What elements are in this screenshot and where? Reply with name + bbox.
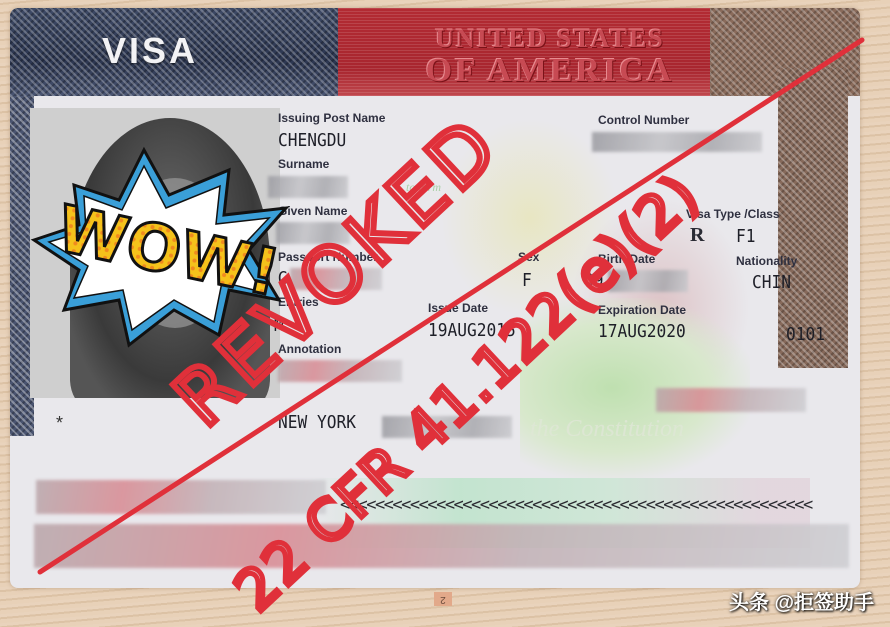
page-number: 2 <box>434 592 452 606</box>
country-title-line1: UNITED STATES <box>360 26 740 52</box>
annotation-redacted <box>278 360 402 382</box>
sex-label: Sex <box>518 250 539 264</box>
birth-date-redacted <box>608 270 688 292</box>
mrz-line1-redacted <box>36 480 326 514</box>
mrz-chevrons: <<<<<<<<<<<<<<<<<<<<<<<<<<<<<<<<<<<<<<<<… <box>340 495 812 515</box>
visa-class-value: F1 <box>736 226 756 247</box>
mrz-line2-redacted <box>34 524 849 568</box>
control-number-label: Control Number <box>598 113 689 127</box>
asterisk-mark: * <box>56 413 63 434</box>
code-value: 0101 <box>786 324 825 345</box>
expiration-date-value: 17AUG2020 <box>598 321 686 342</box>
redacted-area <box>656 388 806 412</box>
birth-date-label: Birth Date <box>598 252 655 266</box>
sex-value: F <box>522 270 532 291</box>
wow-sticker: WOW! <box>24 130 294 350</box>
nationality-value: CHIN <box>752 272 791 293</box>
country-title-line2: OF AMERICA <box>360 54 740 88</box>
issue-date-label: Issue Date <box>428 301 488 315</box>
passport-number-redacted <box>290 268 382 290</box>
issue-date-value: 19AUG2015 <box>428 320 516 341</box>
visa-title: VISA <box>102 30 198 72</box>
country-title: UNITED STATES OF AMERICA <box>360 26 740 88</box>
annotation-line-value: NEW YORK <box>278 412 356 433</box>
expiration-date-label: Expiration Date <box>598 303 686 317</box>
birth-date-prefix: 09 <box>584 270 604 291</box>
nationality-label: Nationality <box>736 254 797 268</box>
visa-type-label: Visa Type /Class <box>686 207 780 221</box>
right-security-band <box>778 68 848 368</box>
visa-type-value: R <box>690 224 704 247</box>
control-number-redacted <box>592 132 762 152</box>
issuing-post-label: Issuing Post Name <box>278 111 385 125</box>
background-microtext: to form <box>406 180 441 195</box>
annotation-line-redacted <box>382 416 512 438</box>
background-constitution-text: the Constitution <box>530 416 684 443</box>
watermark: 头条 @拒签助手 <box>729 586 874 615</box>
